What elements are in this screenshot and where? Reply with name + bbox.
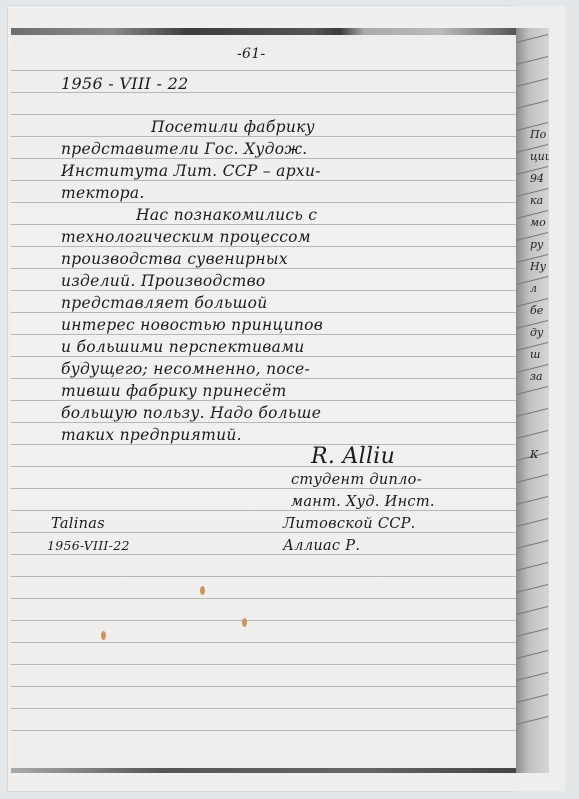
page-number: -61- bbox=[237, 46, 265, 62]
fragment-text: ш bbox=[530, 348, 540, 361]
signature-line: мант. Худ. Инст. bbox=[291, 494, 435, 510]
text-line: изделий. Производство bbox=[61, 272, 266, 290]
fragment-text: ду bbox=[530, 326, 543, 339]
fragment-text: л bbox=[530, 282, 537, 295]
text-line: представители Гос. Худож. bbox=[61, 140, 308, 158]
stain-mark bbox=[242, 618, 247, 627]
fragment-text: ции bbox=[530, 150, 549, 163]
stain-mark bbox=[200, 586, 205, 595]
adjacent-page-edge: По ции 94 ка мо ру Ну л бе ду ш за К bbox=[516, 28, 549, 773]
text-line: таких предприятий. bbox=[61, 426, 242, 444]
date-header: 1956 - VIII - 22 bbox=[61, 74, 189, 93]
place-date-text: 1956-VIII-22 bbox=[47, 538, 130, 553]
text-line: представляет большой bbox=[61, 294, 268, 312]
place-text: Talinas bbox=[51, 516, 105, 532]
text-line: и большими перспективами bbox=[61, 338, 305, 356]
notebook-page: -61- 1956 - VIII - 22 Посетили фабрику п… bbox=[11, 28, 516, 773]
fragment-text: К bbox=[530, 448, 539, 461]
text-line: большую пользу. Надо больше bbox=[61, 404, 321, 422]
text-line: интерес новостью принципов bbox=[61, 316, 323, 334]
text-line: производства сувенирных bbox=[61, 250, 288, 268]
fragment-text: ка bbox=[530, 194, 543, 207]
signature-line: Литовской ССР. bbox=[283, 516, 416, 532]
text-line: будущего; несомненно, посе- bbox=[61, 360, 310, 378]
page-top-edge bbox=[11, 28, 516, 35]
stain-mark bbox=[101, 631, 106, 640]
text-line: Посетили фабрику bbox=[151, 118, 315, 136]
signature-scribble: R. Alliu bbox=[311, 444, 395, 469]
signature-line: студент дипло- bbox=[291, 472, 422, 488]
text-line: Нас познакомились с bbox=[136, 206, 317, 224]
text-line: технологическим процессом bbox=[61, 228, 311, 246]
text-line: тивши фабрику принесёт bbox=[61, 382, 287, 400]
fragment-text: за bbox=[530, 370, 543, 383]
signature-line: Аллиас Р. bbox=[283, 538, 360, 554]
fragment-text: Ну bbox=[530, 260, 546, 273]
fragment-text: ру bbox=[530, 238, 543, 251]
fragment-text: По bbox=[530, 128, 546, 141]
text-line: Института Лит. ССР – архи- bbox=[61, 162, 321, 180]
text-line: тектора. bbox=[61, 184, 145, 202]
page-bottom-edge bbox=[11, 768, 516, 773]
fragment-text: мо bbox=[530, 216, 546, 229]
fragment-text: 94 bbox=[530, 172, 544, 185]
fragment-text: бе bbox=[530, 304, 543, 317]
